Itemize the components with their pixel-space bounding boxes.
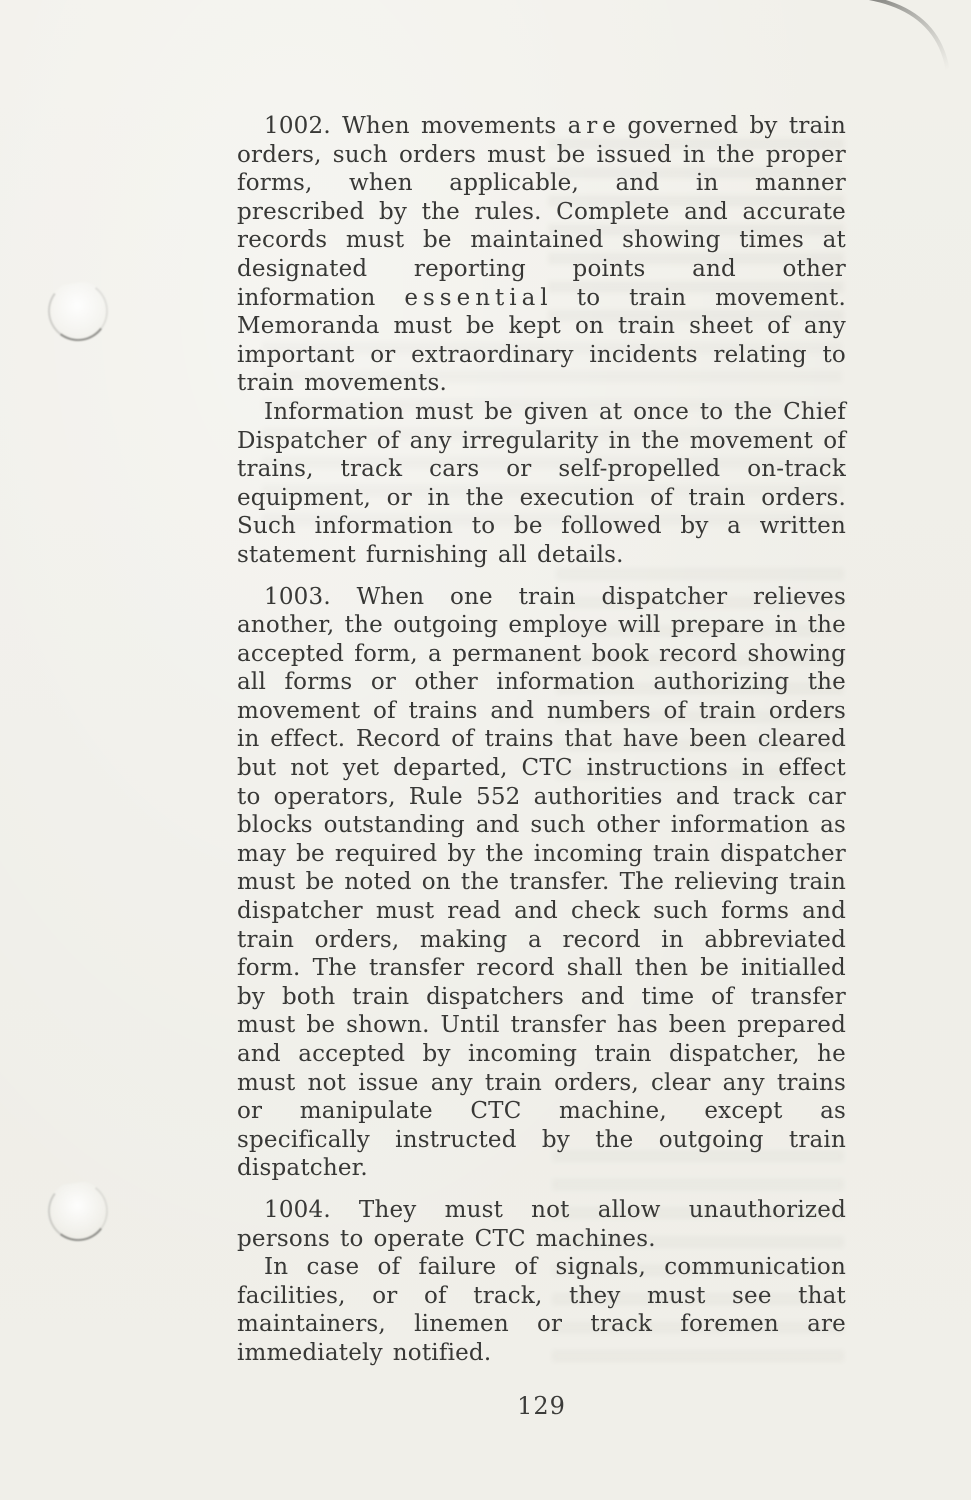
failure-notice-paragraph: In case of failure of signals, communica… bbox=[237, 1253, 846, 1367]
binding-hole-bottom-icon bbox=[44, 1177, 112, 1245]
book-page: 1002. When movements a r e governed by t… bbox=[0, 0, 971, 1500]
binding-hole-top-icon bbox=[44, 277, 112, 345]
rule-1003-paragraph: 1003. When one train dispatcher relieves… bbox=[237, 583, 846, 1183]
page-text-block: 1002. When movements a r e governed by t… bbox=[237, 112, 846, 1368]
page-number: 129 bbox=[237, 1392, 846, 1420]
rule-1004-paragraph: 1004. They must not allow unauthorized p… bbox=[237, 1196, 846, 1253]
page-curl-shadow bbox=[831, 0, 971, 170]
rule-1002-paragraph: 1002. When movements a r e governed by t… bbox=[237, 112, 846, 398]
information-paragraph: Information must be given at once to the… bbox=[237, 398, 846, 570]
